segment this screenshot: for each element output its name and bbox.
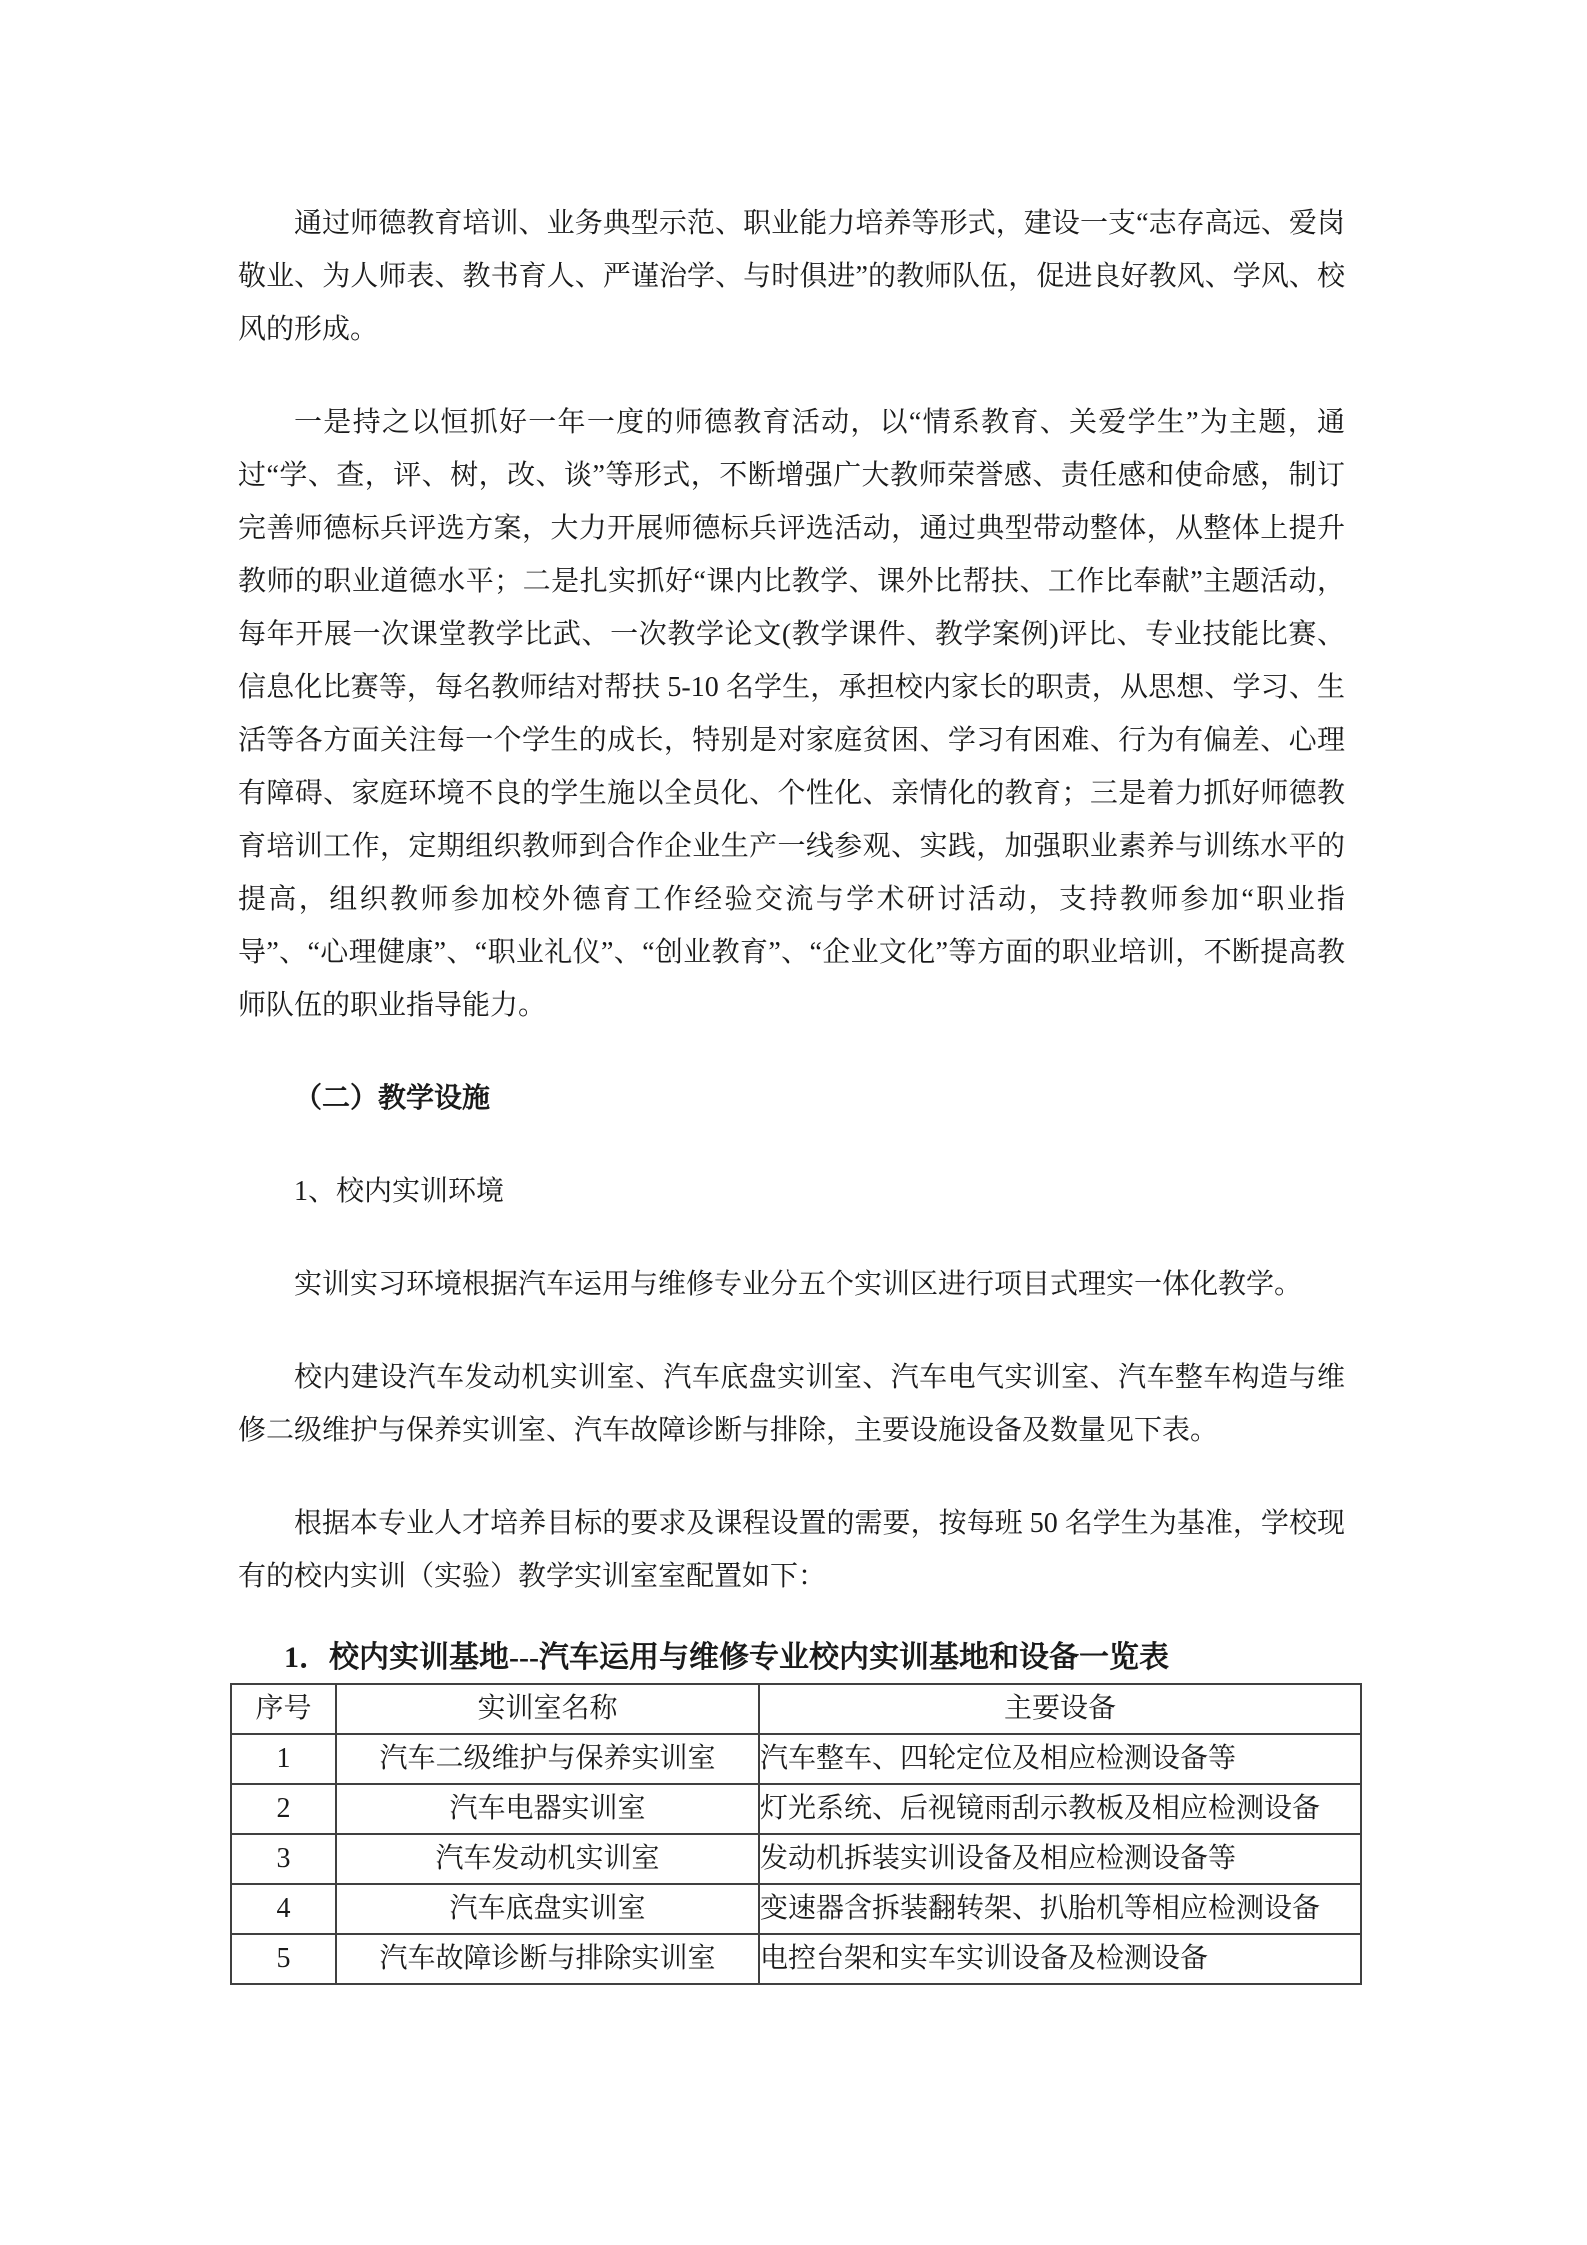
equipment-table: 序号 实训室名称 主要设备 1 汽车二级维护与保养实训室 汽车整车、四轮定位及相… (230, 1683, 1362, 1985)
cell-equipment: 汽车整车、四轮定位及相应检测设备等 (759, 1734, 1361, 1784)
table-row: 5 汽车故障诊断与排除实训室 电控台架和实车实训设备及检测设备 (231, 1934, 1361, 1984)
table-row: 3 汽车发动机实训室 发动机拆装实训设备及相应检测设备等 (231, 1834, 1361, 1884)
cell-room-name: 汽车二级维护与保养实训室 (336, 1734, 759, 1784)
paragraph-configuration-intro: 根据本专业人才培养目标的要求及课程设置的需要，按每班 50 名学生为基准，学校现… (238, 1497, 1345, 1603)
sub-heading-campus-training-environment: 1、校内实训环境 (238, 1165, 1345, 1218)
header-cell-equipment: 主要设备 (759, 1684, 1361, 1734)
table-row: 4 汽车底盘实训室 变速器含拆装翻转架、扒胎机等相应检测设备 (231, 1884, 1361, 1934)
cell-number: 4 (231, 1884, 336, 1934)
table-row: 2 汽车电器实训室 灯光系统、后视镜雨刮示教板及相应检测设备 (231, 1784, 1361, 1834)
cell-number: 5 (231, 1934, 336, 1984)
paragraph-teacher-ethics-measures: 一是持之以恒抓好一年一度的师德教育活动，以“情系教育、关爱学生”为主题，通过“学… (238, 396, 1345, 1032)
table-header-row: 序号 实训室名称 主要设备 (231, 1684, 1361, 1734)
cell-equipment: 灯光系统、后视镜雨刮示教板及相应检测设备 (759, 1784, 1361, 1834)
header-cell-room-name: 实训室名称 (336, 1684, 759, 1734)
cell-number: 2 (231, 1784, 336, 1834)
cell-number: 3 (231, 1834, 336, 1884)
cell-number: 1 (231, 1734, 336, 1784)
cell-equipment: 变速器含拆装翻转架、扒胎机等相应检测设备 (759, 1884, 1361, 1934)
table-row: 1 汽车二级维护与保养实训室 汽车整车、四轮定位及相应检测设备等 (231, 1734, 1361, 1784)
cell-equipment: 电控台架和实车实训设备及检测设备 (759, 1934, 1361, 1984)
cell-room-name: 汽车发动机实训室 (336, 1834, 759, 1884)
cell-room-name: 汽车故障诊断与排除实训室 (336, 1934, 759, 1984)
section-heading-teaching-facilities: （二）教学设施 (238, 1072, 1345, 1125)
header-cell-number: 序号 (231, 1684, 336, 1734)
cell-equipment: 发动机拆装实训设备及相应检测设备等 (759, 1834, 1361, 1884)
cell-room-name: 汽车电器实训室 (336, 1784, 759, 1834)
paragraph-training-environment: 实训实习环境根据汽车运用与维修专业分五个实训区进行项目式理实一体化教学。 (238, 1258, 1345, 1311)
table-title: 1．校内实训基地---汽车运用与维修专业校内实训基地和设备一览表 (284, 1633, 1345, 1683)
paragraph-teacher-ethics-intro: 通过师德教育培训、业务典型示范、职业能力培养等形式，建设一支“志存高远、爱岗敬业… (238, 197, 1345, 356)
paragraph-training-rooms-built: 校内建设汽车发动机实训室、汽车底盘实训室、汽车电气实训室、汽车整车构造与维修二级… (238, 1351, 1345, 1457)
document-page: 通过师德教育培训、业务典型示范、职业能力培养等形式，建设一支“志存高远、爱岗敬业… (0, 0, 1587, 2245)
cell-room-name: 汽车底盘实训室 (336, 1884, 759, 1934)
